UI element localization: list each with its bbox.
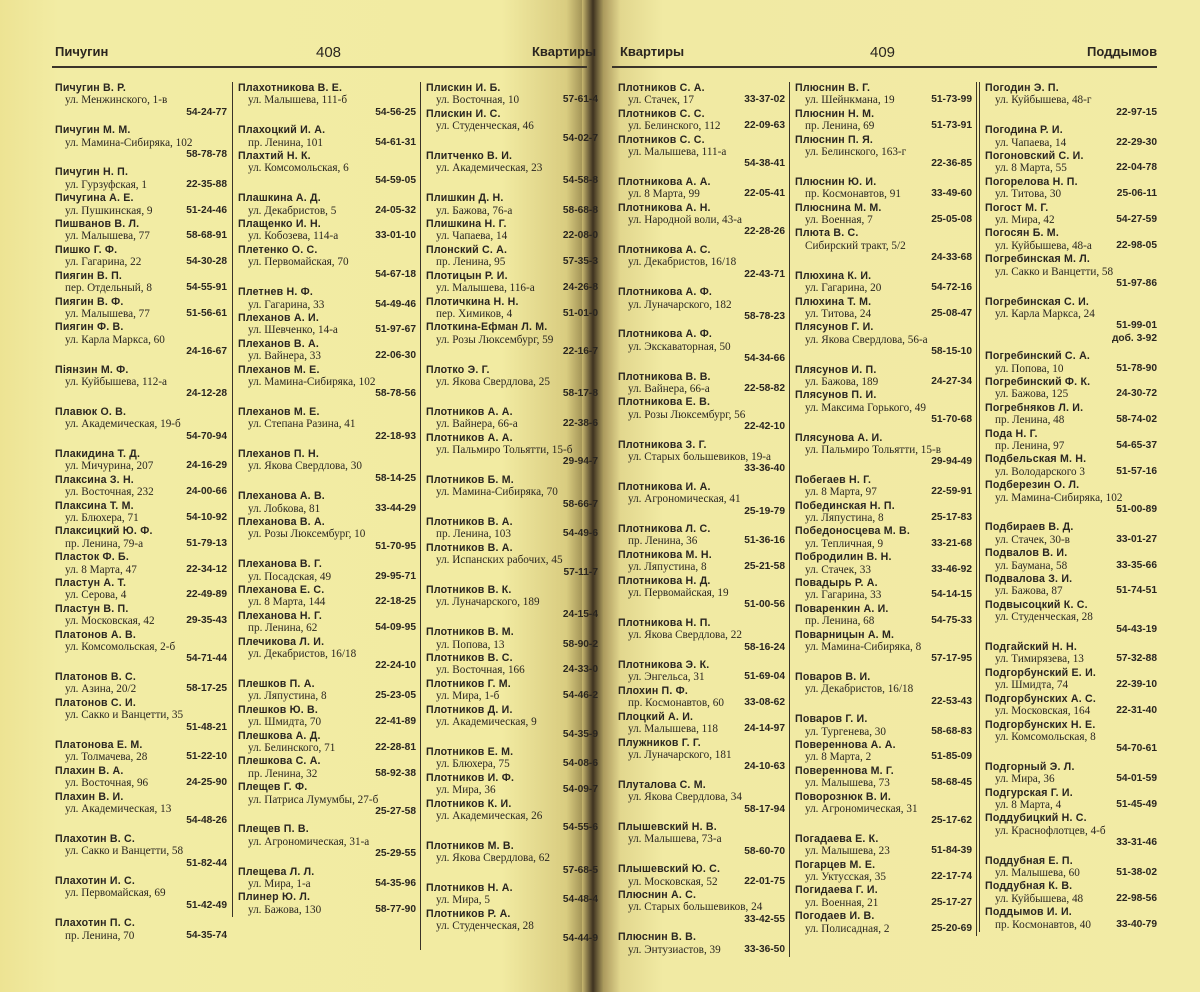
entry-address: ул. Титова, 24 <box>805 308 871 320</box>
entry-phone: 54-49-46 <box>375 299 416 311</box>
entry-address: ул. Луначарского, 182 <box>628 299 732 311</box>
entry-phone: 25-29-55 <box>238 848 416 860</box>
directory-entry: Погадаева Е. К.ул. Малышева, 2351-84-39 <box>795 833 972 858</box>
entry-name: Плечикова Л. И. <box>238 636 416 648</box>
entry-phone: 58-17-25 <box>186 683 227 695</box>
entry-phone: 33-01-10 <box>375 230 416 242</box>
entry-phone: 51-78-90 <box>1116 363 1157 375</box>
entry-name: Поддубная К. В. <box>985 880 1157 892</box>
entry-address: ул. Бажова, 125 <box>995 388 1068 400</box>
directory-entry: Плотникова В. В.ул. Вайнера, 66-а22-58-8… <box>618 371 785 396</box>
entry-address: ул. Уктусская, 35 <box>805 871 886 883</box>
entry-name: Плюхина К. И. <box>795 270 972 282</box>
entry-name: Пласток Ф. Б. <box>55 551 227 563</box>
entry-address: ул. Мамина-Сибиряка, 70 <box>436 486 558 498</box>
directory-entry: Плеханов П. Н.ул. Якова Свердлова, 3058-… <box>238 448 416 485</box>
entry-name: Плотникова Е. В. <box>618 396 785 408</box>
directory-entry: Погребинский Ф. К.ул. Бажова, 12524-30-7… <box>985 376 1157 401</box>
directory-entry: Плотко Э. Г.ул. Якова Свердлова, 2558-17… <box>426 364 598 401</box>
entry-phone: 25-20-69 <box>931 923 972 935</box>
directory-entry: Плясунов И. П.ул. Бажова, 18924-27-34 <box>795 364 972 389</box>
entry-phone: 58-14-25 <box>238 473 416 485</box>
directory-entry: Плаксицкий Ю. Ф.пр. Ленина, 79-а51-79-13 <box>55 525 227 550</box>
entry-address: ул. Сакко и Ванцетти, 58 <box>995 266 1113 278</box>
entry-phone: 54-01-59 <box>1116 773 1157 785</box>
entry-phone: 54-38-41 <box>618 158 785 170</box>
entry-name: Подгорный Э. Л. <box>985 761 1157 773</box>
entry-phone: 51-84-39 <box>931 845 972 857</box>
entry-address: ул. Розы Люксембург, 59 <box>436 334 553 346</box>
directory-entry: Подгорбунских Н. Е.ул. Комсомольская, 85… <box>985 719 1157 756</box>
directory-entry: Плотникова А. Н.ул. Народной воли, 43-а2… <box>618 202 785 239</box>
entry-address: ул. Гагарина, 22 <box>65 256 141 268</box>
entry-name: Плоцкий А. И. <box>618 711 785 723</box>
entry-phone: 22-05-41 <box>744 188 785 200</box>
directory-entry: Плотникова Е. В.ул. Розы Люксембург, 562… <box>618 396 785 433</box>
directory-entry: Плотников К. И.ул. Академическая, 2654-5… <box>426 798 598 835</box>
entry-name: Пластун А. Т. <box>55 577 227 589</box>
entry-address: ул. Якова Свердлова, 62 <box>436 852 550 864</box>
entry-phone: 57-17-95 <box>795 653 972 665</box>
directory-entry: Плахоцкий И. А.пр. Ленина, 10154-61-31 <box>238 124 416 149</box>
entry-name: Плешков П. А. <box>238 678 416 690</box>
directory-entry: Погидаева Г. И.ул. Военная, 2125-17-27 <box>795 884 972 909</box>
entry-address: пр. Ленина, 32 <box>248 768 317 780</box>
directory-entry: Погост М. Г.ул. Мира, 4254-27-59 <box>985 202 1157 227</box>
entry-name: Плотникова Н. П. <box>618 617 785 629</box>
entry-address: ул. Стачек, 17 <box>628 94 694 106</box>
directory-entry: Плюхина Т. М.ул. Титова, 2425-08-47 <box>795 296 972 321</box>
directory-entry: Подгорный Э. Л.ул. Мира, 3654-01-59 <box>985 761 1157 786</box>
entry-phone: 33-36-50 <box>744 944 785 956</box>
entry-phone: 33-36-40 <box>618 463 785 475</box>
entry-address: ул. Студенческая, 46 <box>436 120 534 132</box>
entry-address: ул. Вайнера, 33 <box>248 350 321 362</box>
directory-entry: Плотицын Р. И.ул. Малышева, 116-а24-26-8 <box>426 270 598 295</box>
directory-entry: Плотников И. Ф.ул. Мира, 3654-09-7 <box>426 772 598 797</box>
entry-address: ул. Якова Свердлова, 56-а <box>805 334 928 346</box>
entry-name: Подгорбунских Н. Е. <box>985 719 1157 731</box>
entry-phone: 29-94-49 <box>795 456 972 468</box>
directory-entry: Плитченко В. И.ул. Академическая, 2354-5… <box>426 150 598 187</box>
entry-name: Погодаев И. В. <box>795 910 972 922</box>
entry-phone: 58-15-10 <box>795 346 972 358</box>
entry-phone: 22-58-82 <box>744 383 785 395</box>
entry-address: ул. Первомайская, 69 <box>65 887 166 899</box>
entry-address: пр. Ленина, 95 <box>436 256 505 268</box>
directory-entry: Поддубная К. В.ул. Куйбышева, 4822-98-56 <box>985 880 1157 905</box>
entry-phone: 54-70-94 <box>55 431 227 443</box>
entry-address: ул. Студенческая, 28 <box>995 611 1093 623</box>
entry-phone: 58-17-8 <box>426 388 598 400</box>
entry-phone: 24-10-63 <box>618 761 785 773</box>
entry-phone: 22-35-88 <box>186 179 227 191</box>
directory-entry: Плеханов М. Е.ул. Степана Разина, 4122-1… <box>238 406 416 443</box>
entry-name: Плясунов И. П. <box>795 364 972 376</box>
directory-entry: Подвысоцкий К. С.ул. Студенческая, 2854-… <box>985 599 1157 636</box>
directory-entry: Плащенко И. Н.ул. Кобозева, 114-а33-01-1… <box>238 218 416 243</box>
entry-address: ул. Студенческая, 28 <box>436 920 534 932</box>
directory-entry: Плуталова С. М.ул. Якова Свердлова, 3458… <box>618 779 785 816</box>
directory-entry: Поддубицкий Н. С.ул. Краснофлотцев, 4-б3… <box>985 812 1157 849</box>
entry-phone: 24-16-29 <box>186 460 227 472</box>
entry-name: Плахин В. А. <box>55 765 227 777</box>
entry-name: Плахоцкий И. А. <box>238 124 416 136</box>
entry-address: ул. Сакко и Ванцетти, 35 <box>65 709 183 721</box>
directory-entry: Платонов А. В.ул. Комсомольская, 2-б54-7… <box>55 629 227 666</box>
entry-name: Плеханова В. А. <box>238 516 416 528</box>
entry-name: Погодина Р. И. <box>985 124 1157 136</box>
directory-entry: Подбельская М. Н.ул. Володарского 351-57… <box>985 453 1157 478</box>
entry-address: ул. Малышева, 111-а <box>628 146 726 158</box>
directory-entry: Плеханов М. Е.ул. Мамина-Сибиряка, 10258… <box>238 364 416 401</box>
entry-name: Побегаев Н. Г. <box>795 474 972 486</box>
entry-phone: 25-08-47 <box>931 308 972 320</box>
directory-entry: Плотников С. С.ул. Малышева, 111-а54-38-… <box>618 134 785 171</box>
directory-entry: Подберезин О. Л.ул. Мамина-Сибиряка, 102… <box>985 479 1157 516</box>
entry-phone: 51-45-49 <box>1116 799 1157 811</box>
entry-phone: 22-98-05 <box>1116 240 1157 252</box>
entry-phone: 54-09-7 <box>563 784 598 796</box>
entry-phone: 51-73-99 <box>931 94 972 106</box>
entry-address: ул. Куйбышева, 48-а <box>995 240 1092 252</box>
entry-name: Плуталова С. М. <box>618 779 785 791</box>
entry-address: ул. Полисадная, 2 <box>805 923 889 935</box>
entry-name: Плахотникова В. Е. <box>238 82 416 94</box>
entry-name: Плеханов М. Е. <box>238 406 416 418</box>
entry-address: ул. Бажова, 130 <box>248 904 321 916</box>
entry-name: Плюснин А. С. <box>618 889 785 901</box>
entry-name: Плешкова С. А. <box>238 755 416 767</box>
entry-address: ул. Народной воли, 43-а <box>628 214 742 226</box>
entry-address: ул. Карла Маркса, 60 <box>65 334 165 346</box>
directory-entry: Подгорбунский Е. И.ул. Шмидта, 7422-39-1… <box>985 667 1157 692</box>
entry-phone: 54-14-15 <box>931 589 972 601</box>
directory-entry: Подгурская Г. И.ул. 8 Марта, 451-45-49 <box>985 787 1157 812</box>
entry-name: Плотников И. Ф. <box>426 772 598 784</box>
directory-entry: Пиягин В. П.пер. Отдельный, 854-55-91 <box>55 270 227 295</box>
entry-address: ул. Попова, 13 <box>436 639 504 651</box>
entry-phone: 33-35-66 <box>1116 560 1157 572</box>
entry-address: ул. Первомайская, 70 <box>248 256 349 268</box>
entry-phone: 22-59-91 <box>931 486 972 498</box>
entry-name: Погодин Э. П. <box>985 82 1157 94</box>
entry-name: Плотникова М. Н. <box>618 549 785 561</box>
directory-entry: Плахин В. А.ул. Восточная, 9624-25-90 <box>55 765 227 790</box>
entry-phone-extension: доб. 3-92 <box>985 333 1157 345</box>
entry-name: Плахотин И. С. <box>55 875 227 887</box>
entry-address: ул. Академическая, 13 <box>65 803 171 815</box>
directory-entry: Плюснин А. С.ул. Старых большевиков, 243… <box>618 889 785 926</box>
directory-entry: Плашкина А. Д.ул. Декабристов, 524-05-32 <box>238 192 416 217</box>
entry-phone: 24-14-97 <box>744 723 785 735</box>
entry-phone: 51-24-46 <box>186 205 227 217</box>
entry-name: Плотников В. А. <box>426 542 598 554</box>
entry-phone: 22-39-10 <box>1116 679 1157 691</box>
entry-address: ул. Попова, 10 <box>995 363 1063 375</box>
entry-name: Пластун В. П. <box>55 603 227 615</box>
entry-name: Пичугин Н. П. <box>55 166 227 178</box>
entry-name: Подбельская М. Н. <box>985 453 1157 465</box>
entry-address: ул. Малышева, 60 <box>995 867 1080 879</box>
entry-name: Плотников Б. М. <box>426 474 598 486</box>
entry-phone: 54-48-26 <box>55 815 227 827</box>
directory-entry: Плотников А. А.ул. Пальмиро Тольятти, 15… <box>426 432 598 469</box>
directory-entry: Плюхина К. И.ул. Гагарина, 2054-72-16 <box>795 270 972 295</box>
entry-name: Піянзин М. Ф. <box>55 364 227 376</box>
directory-entry: Повереннова М. Г.ул. Малышева, 7358-68-4… <box>795 765 972 790</box>
entry-name: Плюснин В. В. <box>618 931 785 943</box>
entry-phone: 24-00-66 <box>186 486 227 498</box>
entry-address: ул. Степана Разина, 41 <box>248 418 355 430</box>
entry-name: Плотникова Н. Д. <box>618 575 785 587</box>
entry-address: пр. Космонавтов, 91 <box>805 188 901 200</box>
entry-phone: 54-35-96 <box>375 878 416 890</box>
entry-phone: 33-42-55 <box>618 914 785 926</box>
entry-phone: 54-55-6 <box>426 822 598 834</box>
directory-entry: Плышевский Ю. С.ул. Московская, 5222-01-… <box>618 863 785 888</box>
running-head-left-section: Квартиры <box>532 44 596 59</box>
entry-phone: 24-30-72 <box>1116 388 1157 400</box>
entry-address: ул. 8 Марта, 4 <box>995 799 1061 811</box>
entry-phone: 51-70-68 <box>795 414 972 426</box>
entry-phone: 33-21-68 <box>931 538 972 550</box>
directory-entry: Пичугин М. М.ул. Мамина-Сибиряка, 10258-… <box>55 124 227 161</box>
entry-address: пр. Ленина, 79-а <box>65 538 143 550</box>
directory-entry: Плотникова А. А.ул. 8 Марта, 9922-05-41 <box>618 176 785 201</box>
directory-entry: Плахотникова В. Е.ул. Малышева, 111-б54-… <box>238 82 416 119</box>
directory-entry: Плаксина Т. М.ул. Блюхера, 7154-10-92 <box>55 500 227 525</box>
directory-entry: Плотников С. С.ул. Белинского, 11222-09-… <box>618 108 785 133</box>
entry-address: ул. Мира, 1-б <box>436 690 499 702</box>
entry-name: Плаксина З. Н. <box>55 474 227 486</box>
entry-name: Побединская Н. П. <box>795 500 972 512</box>
entry-phone: 22-36-85 <box>795 158 972 170</box>
directory-entry: Погребинская М. Л.ул. Сакко и Ванцетти, … <box>985 253 1157 290</box>
entry-phone: 54-10-92 <box>186 512 227 524</box>
directory-entry: Плотников В. С.ул. Восточная, 16624-33-0 <box>426 652 598 677</box>
entry-phone: 54-27-59 <box>1116 214 1157 226</box>
entry-address: ул. Баумана, 58 <box>995 560 1067 572</box>
entry-address: ул. Куйбышева, 112-а <box>65 376 167 388</box>
entry-phone: 25-17-62 <box>795 815 972 827</box>
entry-phone: 22-97-15 <box>985 107 1157 119</box>
entry-name: Плюхина Т. М. <box>795 296 972 308</box>
entry-name: Пичугина А. Е. <box>55 192 227 204</box>
entry-address: пр. Ленина, 36 <box>628 535 697 547</box>
entry-phone: 58-68-91 <box>186 230 227 242</box>
entry-phone: 22-34-12 <box>186 564 227 576</box>
entry-address: ул. Бажова, 189 <box>805 376 878 388</box>
directory-entry: Плотникова М. Н.ул. Ляпустина, 825-21-58 <box>618 549 785 574</box>
directory-entry: Платонова Е. М.ул. Толмачева, 2851-22-10 <box>55 739 227 764</box>
entry-address: ул. Старых большевиков, 19-а <box>628 451 771 463</box>
entry-address: ул. Толмачева, 28 <box>65 751 147 763</box>
entry-phone: 22-18-93 <box>238 431 416 443</box>
entry-name: Плещев Г. Ф. <box>238 781 416 793</box>
entry-name: Плащенко И. Н. <box>238 218 416 230</box>
directory-column: Плискин И. Б.ул. Восточная, 1057-61-4Пли… <box>420 82 598 950</box>
directory-entry: Плахтий Н. К.ул. Комсомольская, 654-59-0… <box>238 150 416 187</box>
directory-entry: Побродилин В. Н.ул. Стачек, 3333-46-92 <box>795 551 972 576</box>
directory-entry: Плешкова С. А.пр. Ленина, 3258-92-38 <box>238 755 416 780</box>
entry-address: ул. Первомайская, 19 <box>628 587 729 599</box>
directory-entry: Плотникова А. Ф.ул. Луначарского, 18258-… <box>618 286 785 323</box>
entry-phone: 54-44-9 <box>426 933 598 945</box>
directory-entry: Плоткина-Ефман Л. М.ул. Розы Люксембург,… <box>426 321 598 358</box>
directory-entry: Плотникова Н. Д.ул. Первомайская, 1951-0… <box>618 575 785 612</box>
directory-entry: Плоцкий А. И.ул. Малышева, 11824-14-97 <box>618 711 785 736</box>
directory-entry: Плешкова А. Д.ул. Белинского, 7122-28-81 <box>238 730 416 755</box>
entry-phone: 54-58-8 <box>426 175 598 187</box>
entry-phone: 54-49-6 <box>563 528 598 540</box>
entry-phone: 58-16-24 <box>618 642 785 654</box>
directory-entry: Плишкин Д. Н.ул. Бажова, 76-а58-68-8 <box>426 192 598 217</box>
entry-phone: 22-29-30 <box>1116 137 1157 149</box>
entry-phone: 33-31-46 <box>985 837 1157 849</box>
entry-phone: 22-18-25 <box>375 596 416 608</box>
entry-address: ул. Белинского, 163-г <box>805 146 906 158</box>
entry-name: Плотников Е. М. <box>426 746 598 758</box>
entry-name: Плотникова А. Ф. <box>618 286 785 298</box>
directory-entry: Плотникова А. Ф.ул. Экскаваторная, 5054-… <box>618 328 785 365</box>
entry-address: ул. Мамина-Сибиряка, 8 <box>805 641 921 653</box>
entry-address: пр. Космонавтов, 60 <box>628 697 724 709</box>
entry-name: Подвалова З. И. <box>985 573 1157 585</box>
entry-name: Плотников А. А. <box>426 406 598 418</box>
directory-entry: Плохин П. Ф.пр. Космонавтов, 6033-08-62 <box>618 685 785 710</box>
directory-entry: Плотникова Н. П.ул. Якова Свердлова, 225… <box>618 617 785 654</box>
entry-phone: 22-31-40 <box>1116 705 1157 717</box>
entry-phone: 33-08-62 <box>744 697 785 709</box>
directory-entry: Піянзин М. Ф.ул. Куйбышева, 112-а24-12-2… <box>55 364 227 401</box>
entry-address: ул. Тургенева, 30 <box>805 726 886 738</box>
directory-entry: Погодаев И. В.ул. Полисадная, 225-20-69 <box>795 910 972 935</box>
entry-phone: 51-56-61 <box>186 308 227 320</box>
entry-phone: 51-69-04 <box>744 671 785 683</box>
entry-address: Сибирский тракт, 5/2 <box>805 240 906 252</box>
entry-name: Плинер Ю. Л. <box>238 891 416 903</box>
entry-phone: 54-56-25 <box>238 107 416 119</box>
directory-entry: Плышевский Н. В.ул. Малышева, 73-а58-60-… <box>618 821 785 858</box>
entry-phone: 51-73-91 <box>931 120 972 132</box>
entry-address: ул. Экскаваторная, 50 <box>628 341 731 353</box>
entry-name: Плискин И. Б. <box>426 82 598 94</box>
entry-address: пр. Ленина, 48 <box>995 414 1064 426</box>
entry-name: Плишкин Д. Н. <box>426 192 598 204</box>
entry-name: Поворознюк В. И. <box>795 791 972 803</box>
entry-phone: 51-74-51 <box>1116 585 1157 597</box>
entry-address: ул. Энтузиастов, 39 <box>628 944 721 956</box>
directory-entry: Пласток Ф. Б.ул. 8 Марта, 4722-34-12 <box>55 551 227 576</box>
directory-entry: Плинер Ю. Л.ул. Бажова, 13058-77-90 <box>238 891 416 916</box>
entry-address: ул. Розы Люксембург, 56 <box>628 409 745 421</box>
entry-address: ул. Восточная, 166 <box>436 664 525 676</box>
entry-address: ул. Куйбышева, 48-г <box>995 94 1091 106</box>
entry-name: Плотникова А. С. <box>618 244 785 256</box>
entry-address: ул. Якова Свердлова, 30 <box>248 460 362 472</box>
directory-entry: Пиягин В. Ф.ул. Малышева, 7751-56-61 <box>55 296 227 321</box>
directory-entry: Плюснин Ю. И.пр. Космонавтов, 9133-49-60 <box>795 176 972 201</box>
entry-name: Плотников А. А. <box>426 432 598 444</box>
entry-phone: 58-78-78 <box>55 149 227 161</box>
entry-phone: 51-00-89 <box>985 504 1157 516</box>
entry-phone: 24-12-28 <box>55 388 227 400</box>
entry-name: Погидаева Г. И. <box>795 884 972 896</box>
directory-entry: Плеханова А. В.ул. Лобкова, 8133-44-29 <box>238 490 416 515</box>
entry-phone: 51-85-09 <box>931 751 972 763</box>
entry-address: пр. Ленина, 101 <box>248 137 323 149</box>
entry-address: ул. Мира, 36 <box>995 773 1055 785</box>
directory-entry: Плотников А. А.ул. Вайнера, 66-а22-38-6 <box>426 406 598 431</box>
directory-entry: Плотников Р. А.ул. Студенческая, 2854-44… <box>426 908 598 945</box>
directory-entry: Плотников Д. И.ул. Академическая, 954-35… <box>426 704 598 741</box>
entry-address: ул. Мира, 5 <box>436 894 490 906</box>
entry-phone: 33-44-29 <box>375 503 416 515</box>
entry-phone: 22-41-89 <box>375 716 416 728</box>
entry-phone: 54-71-44 <box>55 653 227 665</box>
entry-name: Плахтий Н. К. <box>238 150 416 162</box>
entry-name: Погосян Б. М. <box>985 227 1157 239</box>
entry-phone: 51-01-0 <box>563 308 598 320</box>
entry-address: ул. Чапаева, 14 <box>436 230 507 242</box>
entry-name: Поддымов И. И. <box>985 906 1157 918</box>
entry-phone: 29-95-71 <box>375 571 416 583</box>
directory-entry: Плотникова Э. К.ул. Энгельса, 3151-69-04 <box>618 659 785 684</box>
entry-address: ул. Испанских рабочих, 45 <box>436 554 563 566</box>
directory-entry: Плахотин И. С.ул. Первомайская, 6951-42-… <box>55 875 227 912</box>
entry-address: ул. Малышева, 73 <box>805 777 890 789</box>
directory-entry: Плонский С. А.пр. Ленина, 9557-35-3 <box>426 244 598 269</box>
directory-entry: Повадырь Р. А.ул. Гагарина, 3354-14-15 <box>795 577 972 602</box>
entry-address: ул. Мира, 36 <box>436 784 496 796</box>
entry-name: Пичугин В. Р. <box>55 82 227 94</box>
entry-phone: 54-35-9 <box>426 729 598 741</box>
entry-name: Поваров Г. И. <box>795 713 972 725</box>
entry-name: Пишко Г. Ф. <box>55 244 227 256</box>
entry-name: Плотников Д. И. <box>426 704 598 716</box>
directory-entry: Плеханов В. А.ул. Вайнера, 3322-06-30 <box>238 338 416 363</box>
entry-address: ул. Восточная, 96 <box>65 777 148 789</box>
directory-entry: Плишкина Н. Г.ул. Чапаева, 1422-08-0 <box>426 218 598 243</box>
entry-address: ул. Посадская, 49 <box>248 571 331 583</box>
directory-entry: Плотников Е. М.ул. Блюхера, 7554-08-6 <box>426 746 598 771</box>
entry-address: ул. 8 Марта, 144 <box>248 596 325 608</box>
entry-address: ул. Якова Свердлова, 25 <box>436 376 550 388</box>
entry-name: Плишкина Н. Г. <box>426 218 598 230</box>
entry-phone: 58-78-56 <box>238 388 416 400</box>
entry-address: ул. Московская, 42 <box>65 615 155 627</box>
entry-name: Плаксина Т. М. <box>55 500 227 512</box>
entry-phone: 54-02-7 <box>426 133 598 145</box>
entry-phone: 51-99-01 <box>985 320 1157 332</box>
entry-name: Плещев П. В. <box>238 823 416 835</box>
entry-phone: 51-97-86 <box>985 278 1157 290</box>
entry-name: Плеханова А. В. <box>238 490 416 502</box>
entry-address: пр. Ленина, 69 <box>805 120 874 132</box>
entry-phone: 22-08-0 <box>563 230 598 242</box>
entry-address: ул. Восточная, 232 <box>65 486 154 498</box>
entry-address: ул. Комсомольская, 2-б <box>65 641 175 653</box>
entry-phone: 22-04-78 <box>1116 162 1157 174</box>
entry-phone: 58-17-94 <box>618 804 785 816</box>
directory-entry: Подгайский Н. Н.ул. Тимирязева, 1357-32-… <box>985 641 1157 666</box>
entry-address: ул. Розы Люксембург, 10 <box>248 528 365 540</box>
entry-address: ул. Декабристов, 16/18 <box>805 683 913 695</box>
entry-name: Платонов А. В. <box>55 629 227 641</box>
entry-address: ул. Кобозева, 114-а <box>248 230 338 242</box>
entry-address: ул. Старых большевиков, 24 <box>628 901 762 913</box>
